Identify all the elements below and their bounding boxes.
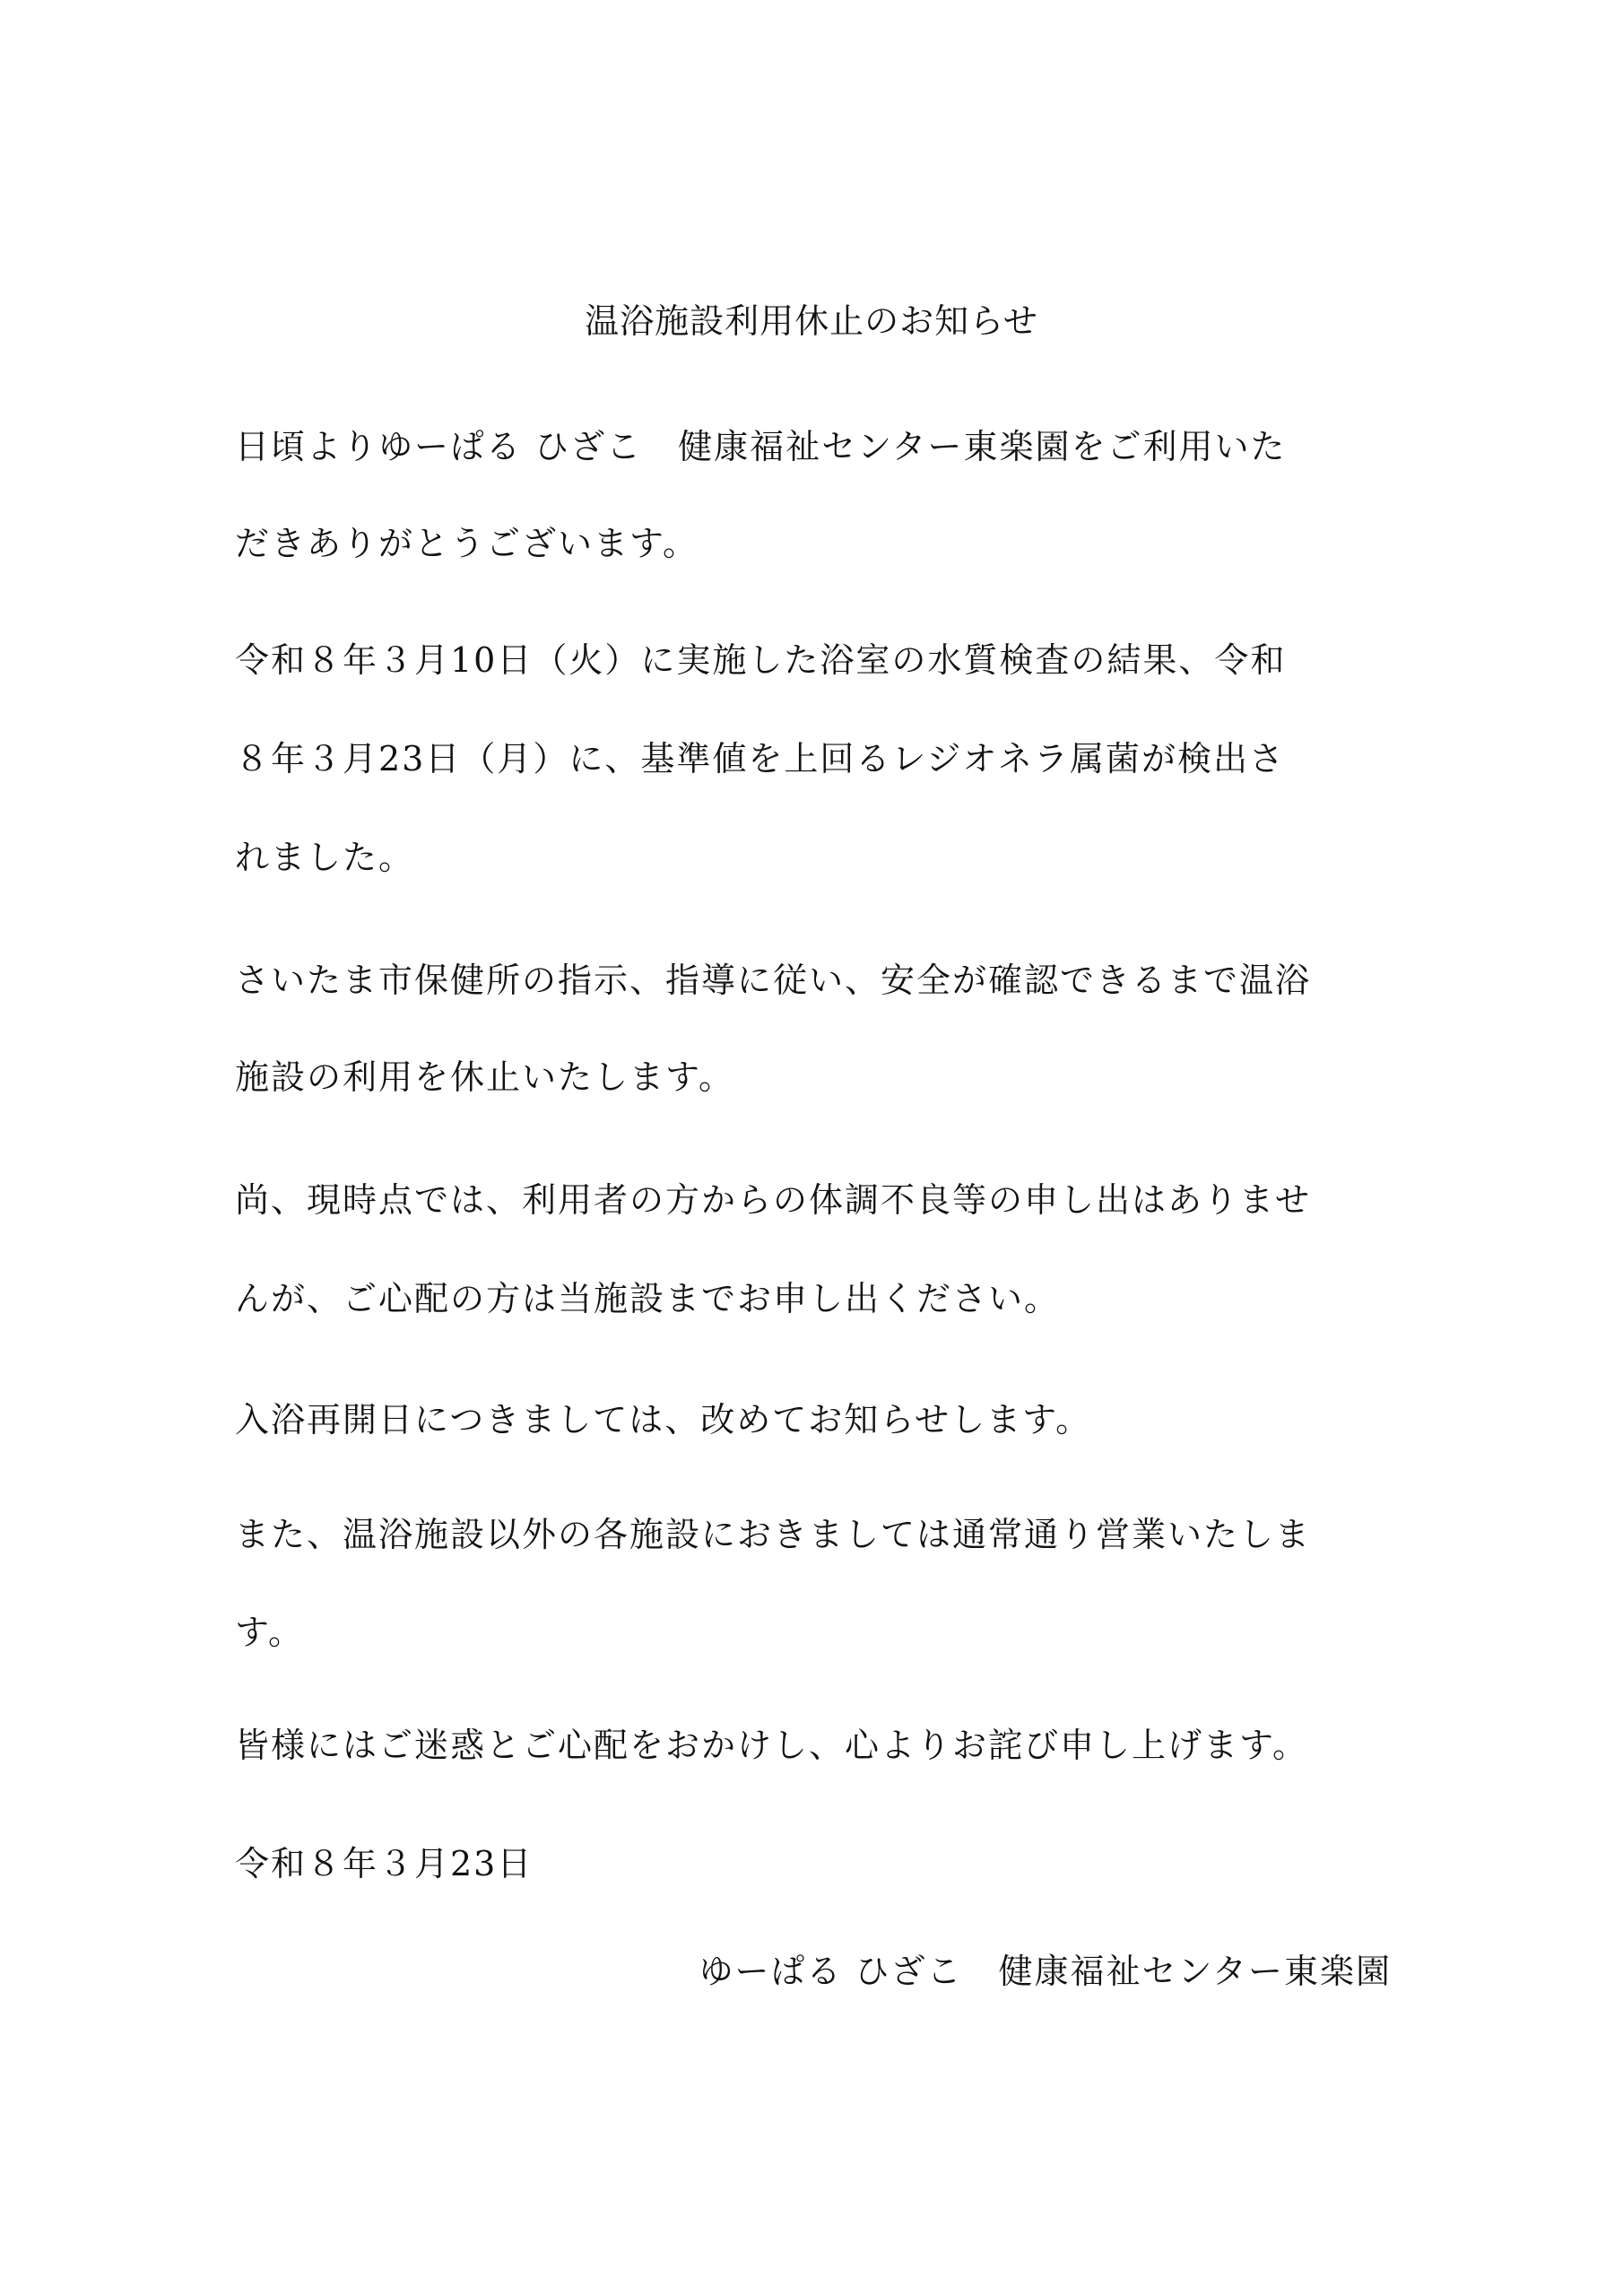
notice-title: 温浴施設利用休止のお知らせ bbox=[0, 296, 1623, 346]
body-line-health-2: んが、ご心配の方は当施設までお申し出ください。 bbox=[235, 1274, 1060, 1324]
body-line-inspection-3: れました。 bbox=[235, 832, 414, 883]
body-line-reopening: 入浴再開日につきましては、改めてお知らせします。 bbox=[235, 1395, 1091, 1445]
body-line-closure-1: さいたま市保健所の指示、指導に従い、安全が確認できるまで温浴 bbox=[235, 955, 1311, 1005]
body-line-other-facilities-2: す。 bbox=[235, 1607, 304, 1657]
body-line-other-facilities-1: また、温浴施設以外の各施設におきましては通常通り営業いたしま bbox=[235, 1509, 1311, 1560]
notice-document: 温浴施設利用休止のお知らせ 日頃よりゆーぱる ひざこ 健康福祉センター東楽園をご… bbox=[0, 0, 1623, 2296]
body-line-inspection-2: ８年３月23日（月）に、基準値を上回るレジオネラ属菌が検出さ bbox=[235, 734, 1285, 784]
facility-signature: ゆーぱる ひざこ 健康福祉センター東楽園 bbox=[699, 1946, 1392, 1996]
notice-date: 令和８年３月23日 bbox=[235, 1839, 533, 1889]
body-line-greeting-2: だきありがとうございます。 bbox=[235, 518, 699, 569]
body-line-apology: 皆様にはご迷惑とご心配をおかけし、心よりお詫び申し上げます。 bbox=[235, 1720, 1308, 1770]
body-line-inspection-1: 令和８年３月10日（火）に実施した浴室の水質検査の結果、令和 bbox=[235, 635, 1286, 685]
body-line-closure-2: 施設の利用を休止いたします。 bbox=[235, 1052, 734, 1102]
body-line-health-1: 尚、現時点では、利用者の方からの体調不良等の申し出はありませ bbox=[235, 1175, 1311, 1225]
body-line-greeting-1: 日頃よりゆーぱる ひざこ 健康福祉センター東楽園をご利用いた bbox=[235, 422, 1287, 472]
